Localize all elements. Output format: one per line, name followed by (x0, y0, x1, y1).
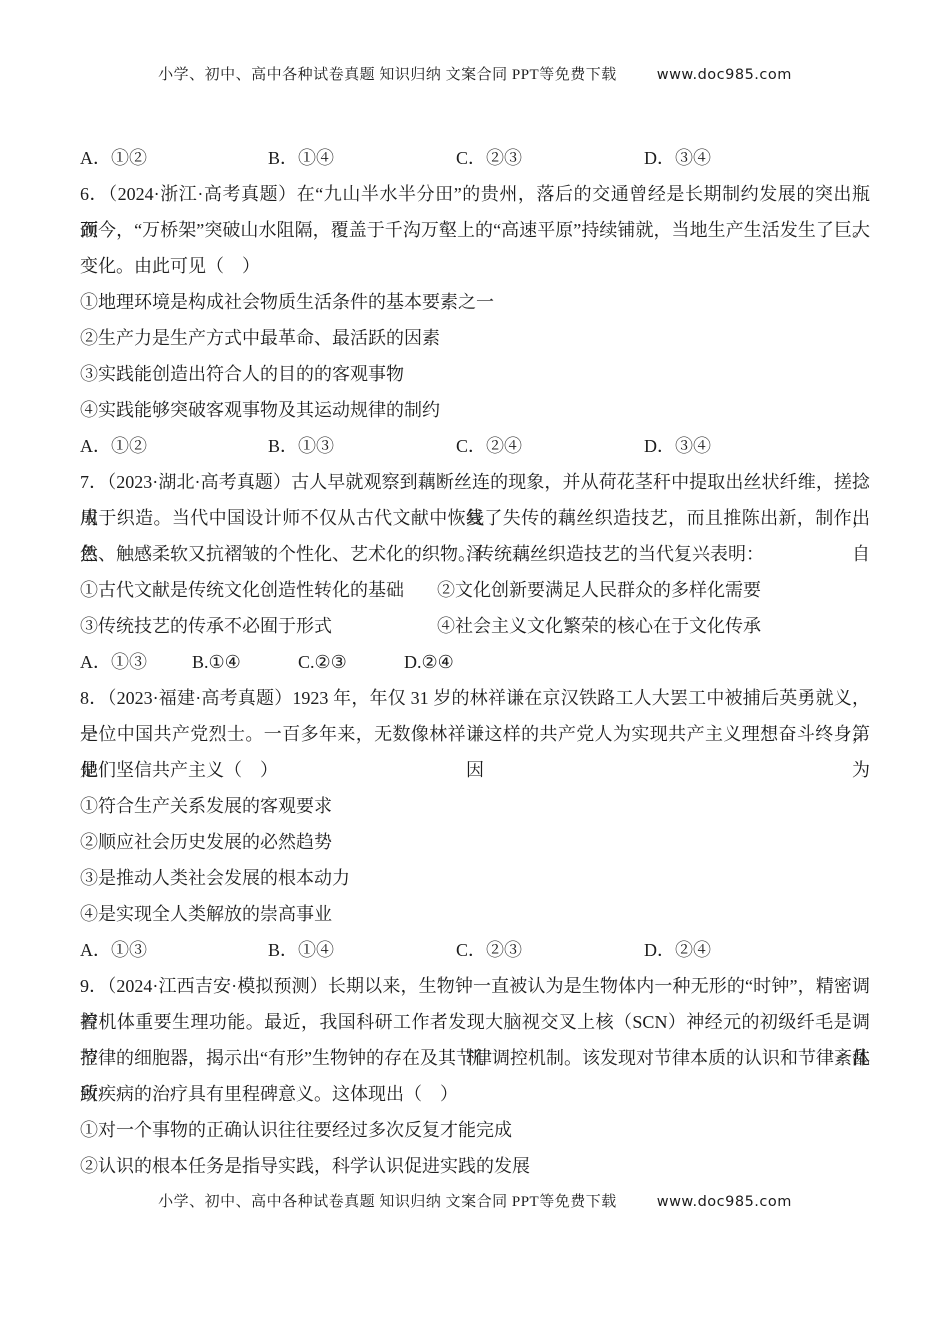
question-6-stem-line: 而今，“万桥架”突破山水阻隔，覆盖于千沟万壑上的“高速平原”持续铺就，当地生产生… (80, 212, 870, 248)
page-header: 小学、初中、高中各种试卷真题 知识归纳 文案合同 PPT等免费下载 www.do… (0, 63, 950, 84)
question-7-stem-line: 7．（2023·湖北·高考真题）古人早就观察到藕断丝连的现象，并从荷花茎秆中提取… (80, 464, 870, 500)
question-6-option-1: ①地理环境是构成社会物质生活条件的基本要素之一 (80, 284, 870, 320)
question-7-answer-row: A．①③ B.①④ C.②③ D.②④ (80, 644, 870, 680)
question-8-option-3: ③是推动人类社会发展的根本动力 (80, 860, 870, 896)
page-footer: 小学、初中、高中各种试卷真题 知识归纳 文案合同 PPT等免费下载 www.do… (0, 1190, 950, 1211)
answer-choice-c: C．②③ (456, 140, 644, 176)
question-9-stem-line: 节律的细胞器，揭示出“有形”生物钟的存在及其节律调控机制。该发现对节律本质的认识… (80, 1040, 870, 1076)
answer-choice-a: A．①③ (80, 644, 192, 680)
question-7-stem-line: 用于织造。当代中国设计师不仅从古代文献中恢复了失传的藕丝织造技艺，而且推陈出新，… (80, 500, 870, 536)
question-6-option-4: ④实践能够突破客观事物及其运动规律的制约 (80, 392, 870, 428)
question-8-stem-line: 8．（2023·福建·高考真题）1923 年，年仅 31 岁的林祥谦在京汉铁路工… (80, 680, 870, 716)
question-7-option-2: ②文化创新要满足人民群众的多样化需要 (437, 572, 761, 608)
header-text: 小学、初中、高中各种试卷真题 知识归纳 文案合同 PPT等免费下载 (158, 63, 617, 84)
question-7-option-row: ①古代文献是传统文化创造性转化的基础 ②文化创新要满足人民群众的多样化需要 (80, 572, 870, 608)
answer-choice-a: A．①② (80, 140, 268, 176)
answer-choice-d: D．③④ (644, 428, 711, 464)
question-9-stem-line: 9．（2024·江西吉安·模拟预测）长期以来，生物钟一直被认为是生物体内一种无形… (80, 968, 870, 1004)
question-8-option-2: ②顺应社会历史发展的必然趋势 (80, 824, 870, 860)
header-url-link[interactable]: www.doc985.com (657, 67, 792, 83)
answer-choice-a: A．①③ (80, 932, 268, 968)
question-8-option-1: ①符合生产关系发展的客观要求 (80, 788, 870, 824)
question-6-stem-line: 6．（2024·浙江·高考真题）在“九山半水半分田”的贵州，落后的交通曾经是长期… (80, 176, 870, 212)
answer-choice-c: C．②③ (456, 932, 644, 968)
footer-text: 小学、初中、高中各种试卷真题 知识归纳 文案合同 PPT等免费下载 (158, 1190, 617, 1211)
document-content: A．①② B．①④ C．②③ D．③④ 6．（2024·浙江·高考真题）在“九山… (80, 140, 870, 1184)
question-8-answer-row: A．①③ B．①④ C．②③ D．②④ (80, 932, 870, 968)
question-9-stem-line: 着机体重要生理功能。最近，我国科研工作者发现大脑视交叉上核（SCN）神经元的初级… (80, 1004, 870, 1040)
question-6-stem-line: 变化。由此可见（ ） (80, 248, 870, 284)
answer-choice-b: B.①④ (192, 644, 298, 680)
answer-choice-b: B．①④ (268, 932, 456, 968)
question-9-stem-line: 致疾病的治疗具有里程碑意义。这体现出（ ） (80, 1076, 870, 1112)
answer-choice-a: A．①② (80, 428, 268, 464)
answer-choice-c: C.②③ (298, 644, 404, 680)
question-7-stem-line: 然、触感柔软又抗褶皱的个性化、艺术化的织物。传统藕丝织造技艺的当代复兴表明： (80, 536, 870, 572)
question-7-option-4: ④社会主义文化繁荣的核心在于文化传承 (437, 608, 761, 644)
answer-choice-b: B．①④ (268, 140, 456, 176)
answer-choice-d: D．②④ (644, 932, 711, 968)
answer-choice-c: C．②④ (456, 428, 644, 464)
question-9-option-1: ①对一个事物的正确认识往往要经过多次反复才能完成 (80, 1112, 870, 1148)
question-6-option-3: ③实践能创造出符合人的目的的客观事物 (80, 356, 870, 392)
answer-choice-d: D.②④ (404, 644, 454, 680)
question-7-option-3: ③传统技艺的传承不必囿于形式 (80, 608, 437, 644)
question-6-answer-row: A．①② B．①③ C．②④ D．③④ (80, 428, 870, 464)
question-8-option-4: ④是实现全人类解放的崇高事业 (80, 896, 870, 932)
footer-url-link[interactable]: www.doc985.com (657, 1194, 792, 1210)
question-9-option-2: ②认识的根本任务是指导实践，科学认识促进实践的发展 (80, 1148, 870, 1184)
question-8-stem-line: 一位中国共产党烈士。一百多年来，无数像林祥谦这样的共产党人为实现共产主义理想奋斗… (80, 716, 870, 752)
answer-choice-b: B．①③ (268, 428, 456, 464)
question-7-option-row: ③传统技艺的传承不必囿于形式 ④社会主义文化繁荣的核心在于文化传承 (80, 608, 870, 644)
question-6-option-2: ②生产力是生产方式中最革命、最活跃的因素 (80, 320, 870, 356)
answer-row-prev-question: A．①② B．①④ C．②③ D．③④ (80, 140, 870, 176)
answer-choice-d: D．③④ (644, 140, 711, 176)
document-page: 小学、初中、高中各种试卷真题 知识归纳 文案合同 PPT等免费下载 www.do… (0, 0, 950, 1344)
question-7-option-1: ①古代文献是传统文化创造性转化的基础 (80, 572, 437, 608)
